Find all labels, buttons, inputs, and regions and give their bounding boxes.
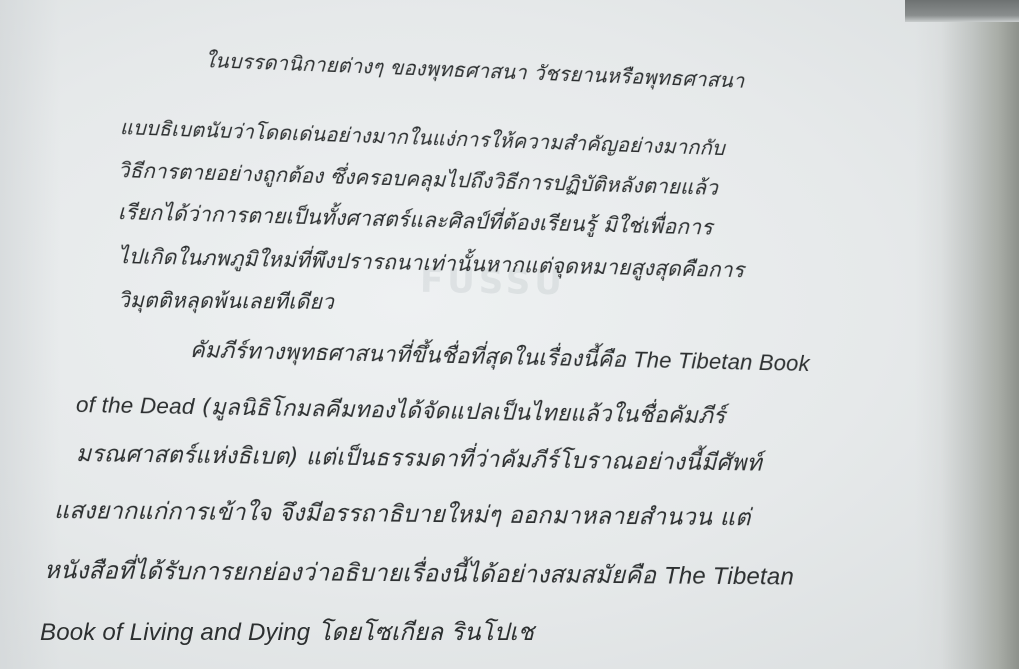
paragraph-2-line-6: Book of Living and Dying โดยโซเกียล รินโ… bbox=[40, 612, 534, 651]
paragraph-1-line-5: ไปเกิดในภพภูมิใหม่ที่พึงปรารถนาเท่านั้นห… bbox=[118, 240, 745, 287]
book-title-english: The Tibetan bbox=[664, 562, 794, 590]
paragraph-1-line-4: เรียกได้ว่าการตายเป็นทั้งศาสตร์และศิลป์ท… bbox=[118, 196, 713, 245]
paragraph-2-line-5: หนังสือที่ได้รับการยกย่องว่าอธิบายเรื่อง… bbox=[44, 550, 794, 596]
paragraph-1-line-6: วิมุตติหลุดพ้นเลยทีเดียว bbox=[118, 284, 334, 319]
paragraph-2-line-2: of the Dead (มูลนิธิโกมลคีมทองได้จัดแปลเ… bbox=[76, 386, 726, 433]
paragraph-1-line-3: วิธีการตายอย่างถูกต้อง ซึ่งครอบคลุมไปถึง… bbox=[118, 154, 719, 205]
paragraph-2-line-1: คัมภีร์ทางพุทธศาสนาที่ขึ้นชื่อที่สุดในเร… bbox=[190, 332, 811, 381]
thai-text: หนังสือที่ได้รับการยกย่องว่าอธิบายเรื่อง… bbox=[44, 556, 664, 589]
body-text: ในบรรดานิกายต่างๆ ของพุทธศาสนา วัชรยานหร… bbox=[0, 0, 1019, 669]
book-page-photo: FUSSU ในบรรดานิกายต่างๆ ของพุทธศาสนา วัช… bbox=[0, 0, 1019, 669]
paragraph-1-line-1: ในบรรดานิกายต่างๆ ของพุทธศาสนา วัชรยานหร… bbox=[204, 44, 745, 97]
thai-text: โดยโซเกียล รินโปเช bbox=[310, 618, 534, 646]
paragraph-2-line-4: แสงยากแก่การเข้าใจ จึงมีอรรถาธิบายใหม่ๆ … bbox=[54, 492, 751, 536]
thai-text: (มูลนิธิโกมลคีมทองได้จัดแปลเป็นไทยแล้วใน… bbox=[194, 394, 725, 429]
book-title-english: The Tibetan Book bbox=[633, 347, 810, 376]
thai-text: คัมภีร์ทางพุทธศาสนาที่ขึ้นชื่อที่สุดในเร… bbox=[190, 338, 634, 373]
book-title-english: of the Dead bbox=[76, 392, 195, 419]
book-title-english: Book of Living and Dying bbox=[40, 619, 310, 646]
paragraph-2-line-3: มรณศาสตร์แห่งธิเบต) แต่เป็นธรรมดาที่ว่าค… bbox=[76, 436, 762, 482]
